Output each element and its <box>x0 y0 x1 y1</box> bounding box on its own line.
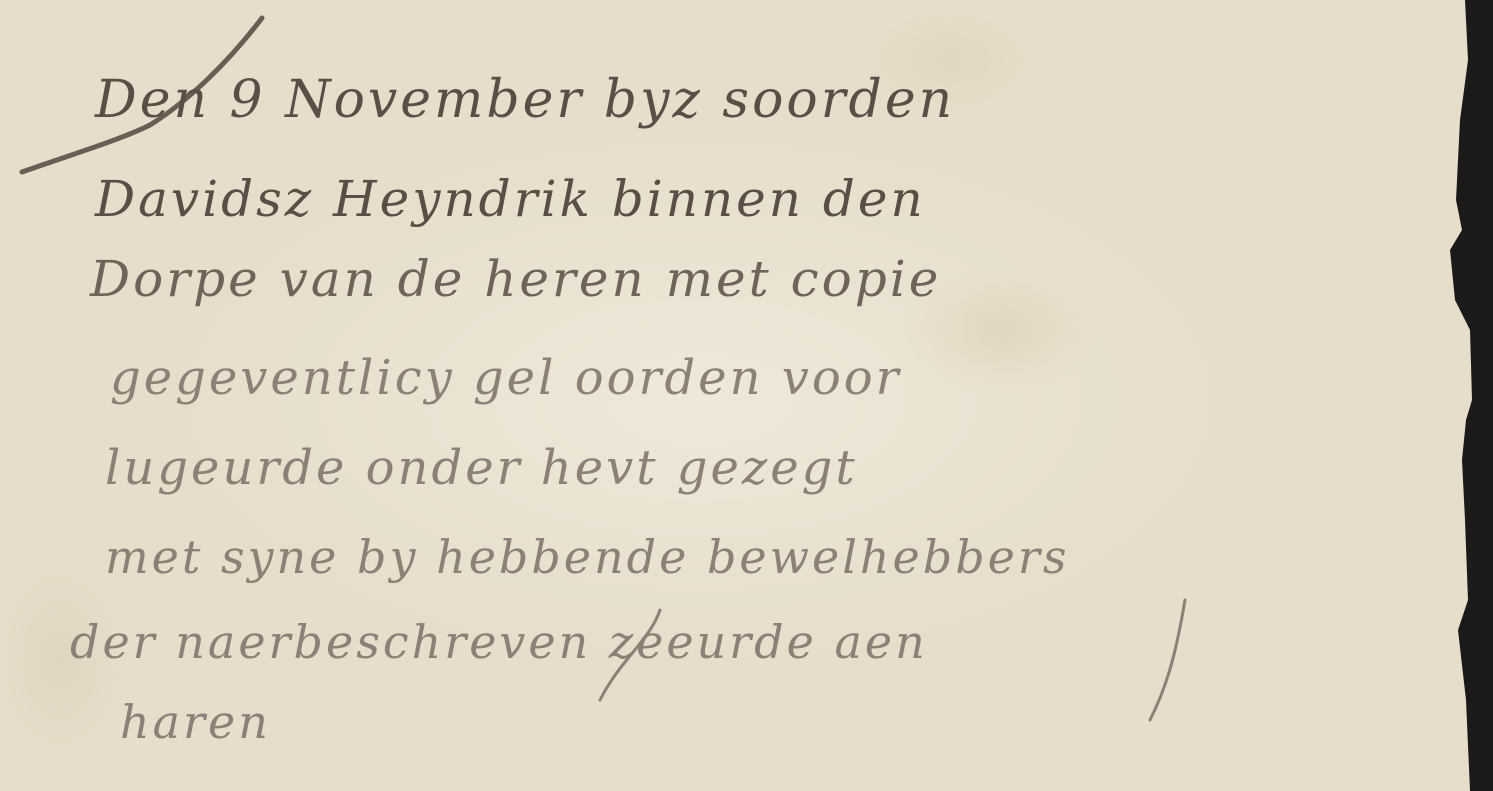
text-line-8: haren <box>120 695 271 749</box>
text-line-5: lugeurde onder hevt gezegt <box>105 440 858 496</box>
text-line-4: gegeventlicy gel oorden voor <box>110 350 902 406</box>
text-line-6: met syne by hebbende bewelhebbers <box>105 530 1070 584</box>
text-line-2: Davidsz Heyndrik binnen den <box>95 170 926 228</box>
text-line-7: der naerbeschreven zeeurde aen <box>70 615 928 669</box>
text-line-1: Den 9 November byz soorden <box>95 70 955 130</box>
text-line-3: Dorpe van de heren met copie <box>90 250 941 308</box>
